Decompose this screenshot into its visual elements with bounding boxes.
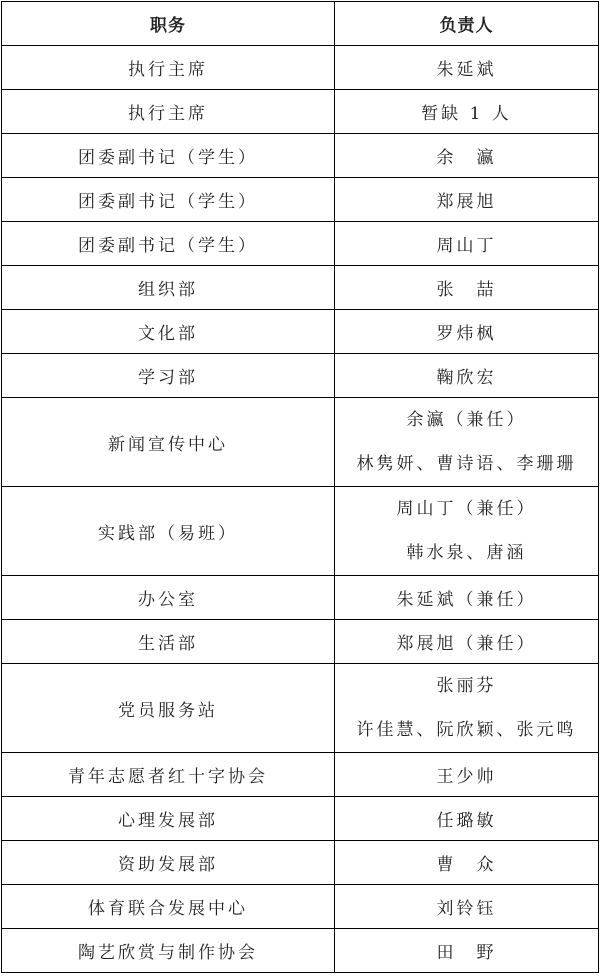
- person-cell: 任璐敏: [335, 797, 599, 841]
- table-row: 执行主席 暂缺 1 人: [2, 90, 599, 134]
- position-cell: 党员服务站: [2, 664, 335, 753]
- person-cell: 郑展旭（兼任）: [335, 620, 599, 664]
- person-lead: 张丽芬: [335, 664, 598, 708]
- table-row: 团委副书记（学生） 余 瀛: [2, 134, 599, 178]
- person-members: 韩水泉、唐涵: [335, 531, 598, 575]
- table-row: 资助发展部 曹 众: [2, 841, 599, 885]
- person-cell: 郑展旭: [335, 178, 599, 222]
- person-cell: 周山丁: [335, 222, 599, 266]
- position-cell: 文化部: [2, 310, 335, 354]
- position-cell: 青年志愿者红十字协会: [2, 753, 335, 797]
- person-cell: 余瀛（兼任） 林隽妍、曹诗语、李珊珊: [335, 398, 599, 487]
- person-cell: 罗炜枫: [335, 310, 599, 354]
- table-row: 党员服务站 张丽芬 许佳慧、阮欣颖、张元鸣: [2, 664, 599, 753]
- table-row: 组织部 张 喆: [2, 266, 599, 310]
- person-cell: 周山丁（兼任） 韩水泉、唐涵: [335, 487, 599, 576]
- table-row: 执行主席 朱延斌: [2, 46, 599, 90]
- position-cell: 组织部: [2, 266, 335, 310]
- table-row: 青年志愿者红十字协会 王少帅: [2, 753, 599, 797]
- position-cell: 资助发展部: [2, 841, 335, 885]
- header-row: 职务 负责人: [2, 2, 599, 46]
- person-cell: 王少帅: [335, 753, 599, 797]
- table-row: 实践部（易班） 周山丁（兼任） 韩水泉、唐涵: [2, 487, 599, 576]
- position-cell: 团委副书记（学生）: [2, 134, 335, 178]
- table-row: 新闻宣传中心 余瀛（兼任） 林隽妍、曹诗语、李珊珊: [2, 398, 599, 487]
- table-row: 办公室 朱延斌（兼任）: [2, 576, 599, 620]
- position-cell: 实践部（易班）: [2, 487, 335, 576]
- header-position: 职务: [2, 2, 335, 46]
- person-cell: 鞠欣宏: [335, 354, 599, 398]
- person-cell: 田 野: [335, 929, 599, 973]
- position-cell: 执行主席: [2, 90, 335, 134]
- position-cell: 陶艺欣赏与制作协会: [2, 929, 335, 973]
- table-row: 文化部 罗炜枫: [2, 310, 599, 354]
- position-cell: 心理发展部: [2, 797, 335, 841]
- position-cell: 团委副书记（学生）: [2, 222, 335, 266]
- person-cell: 张 喆: [335, 266, 599, 310]
- person-lead: 余瀛（兼任）: [335, 398, 598, 442]
- table-row: 学习部 鞠欣宏: [2, 354, 599, 398]
- person-cell: 刘铃钰: [335, 885, 599, 929]
- table-row: 团委副书记（学生） 郑展旭: [2, 178, 599, 222]
- person-members: 许佳慧、阮欣颖、张元鸣: [335, 708, 598, 752]
- table-row: 生活部 郑展旭（兼任）: [2, 620, 599, 664]
- person-cell: 朱延斌（兼任）: [335, 576, 599, 620]
- position-cell: 新闻宣传中心: [2, 398, 335, 487]
- table-row: 心理发展部 任璐敏: [2, 797, 599, 841]
- person-lead: 周山丁（兼任）: [335, 487, 598, 531]
- table-row: 陶艺欣赏与制作协会 田 野: [2, 929, 599, 973]
- person-cell: 余 瀛: [335, 134, 599, 178]
- person-cell: 朱延斌: [335, 46, 599, 90]
- position-cell: 团委副书记（学生）: [2, 178, 335, 222]
- position-cell: 办公室: [2, 576, 335, 620]
- person-cell: 暂缺 1 人: [335, 90, 599, 134]
- header-person: 负责人: [335, 2, 599, 46]
- position-cell: 学习部: [2, 354, 335, 398]
- position-cell: 体育联合发展中心: [2, 885, 335, 929]
- person-cell: 曹 众: [335, 841, 599, 885]
- position-table: 职务 负责人 执行主席 朱延斌 执行主席 暂缺 1 人 团委副书记（学生） 余 …: [1, 1, 599, 973]
- table-row: 体育联合发展中心 刘铃钰: [2, 885, 599, 929]
- person-members: 林隽妍、曹诗语、李珊珊: [335, 442, 598, 486]
- table-row: 团委副书记（学生） 周山丁: [2, 222, 599, 266]
- person-cell: 张丽芬 许佳慧、阮欣颖、张元鸣: [335, 664, 599, 753]
- position-cell: 执行主席: [2, 46, 335, 90]
- position-cell: 生活部: [2, 620, 335, 664]
